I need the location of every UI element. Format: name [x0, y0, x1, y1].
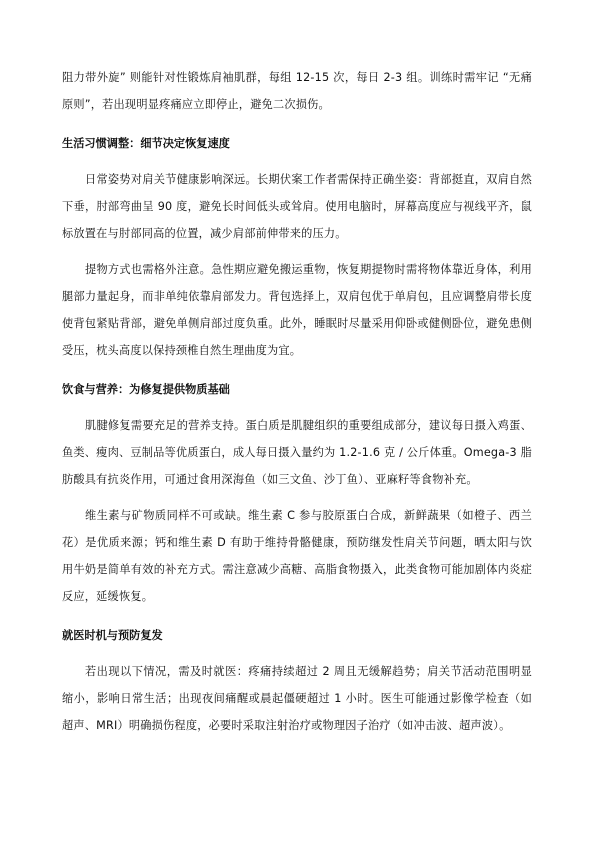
- paragraph: 维生素与矿物质同样不可或缺。维生素 C 参与胶原蛋白合成，新鲜蔬果（如橙子、西兰…: [62, 502, 532, 610]
- paragraph: 提物方式也需格外注意。急性期应避免搬运重物，恢复期提物时需将物体靠近身体，利用腿…: [62, 256, 532, 364]
- intro-continued-paragraph: 阻力带外旋” 则能针对性锻炼肩袖肌群，每组 12-15 次，每日 2-3 组。训…: [62, 64, 532, 118]
- section-heading: 饮食与营养：为修复提供物质基础: [62, 376, 532, 403]
- paragraph: 日常姿势对肩关节健康影响深远。长期伏案工作者需保持正确坐姿：背部挺直，双肩自然下…: [62, 166, 532, 247]
- document-page: 阻力带外旋” 则能针对性锻炼肩袖肌群，每组 12-15 次，每日 2-3 组。训…: [62, 64, 532, 739]
- section-nutrition: 饮食与营养：为修复提供物质基础 肌腱修复需要充足的营养支持。蛋白质是肌腱组织的重…: [62, 376, 532, 610]
- section-medical: 就医时机与预防复发 若出现以下情况，需及时就医：疼痛持续超过 2 周且无缓解趋势…: [62, 622, 532, 739]
- section-heading: 生活习惯调整：细节决定恢复速度: [62, 130, 532, 157]
- paragraph: 肌腱修复需要充足的营养支持。蛋白质是肌腱组织的重要组成部分，建议每日摄入鸡蛋、鱼…: [62, 412, 532, 493]
- paragraph: 若出现以下情况，需及时就医：疼痛持续超过 2 周且无缓解趋势；肩关节活动范围明显…: [62, 658, 532, 739]
- section-heading: 就医时机与预防复发: [62, 622, 532, 649]
- section-lifestyle: 生活习惯调整：细节决定恢复速度 日常姿势对肩关节健康影响深远。长期伏案工作者需保…: [62, 130, 532, 364]
